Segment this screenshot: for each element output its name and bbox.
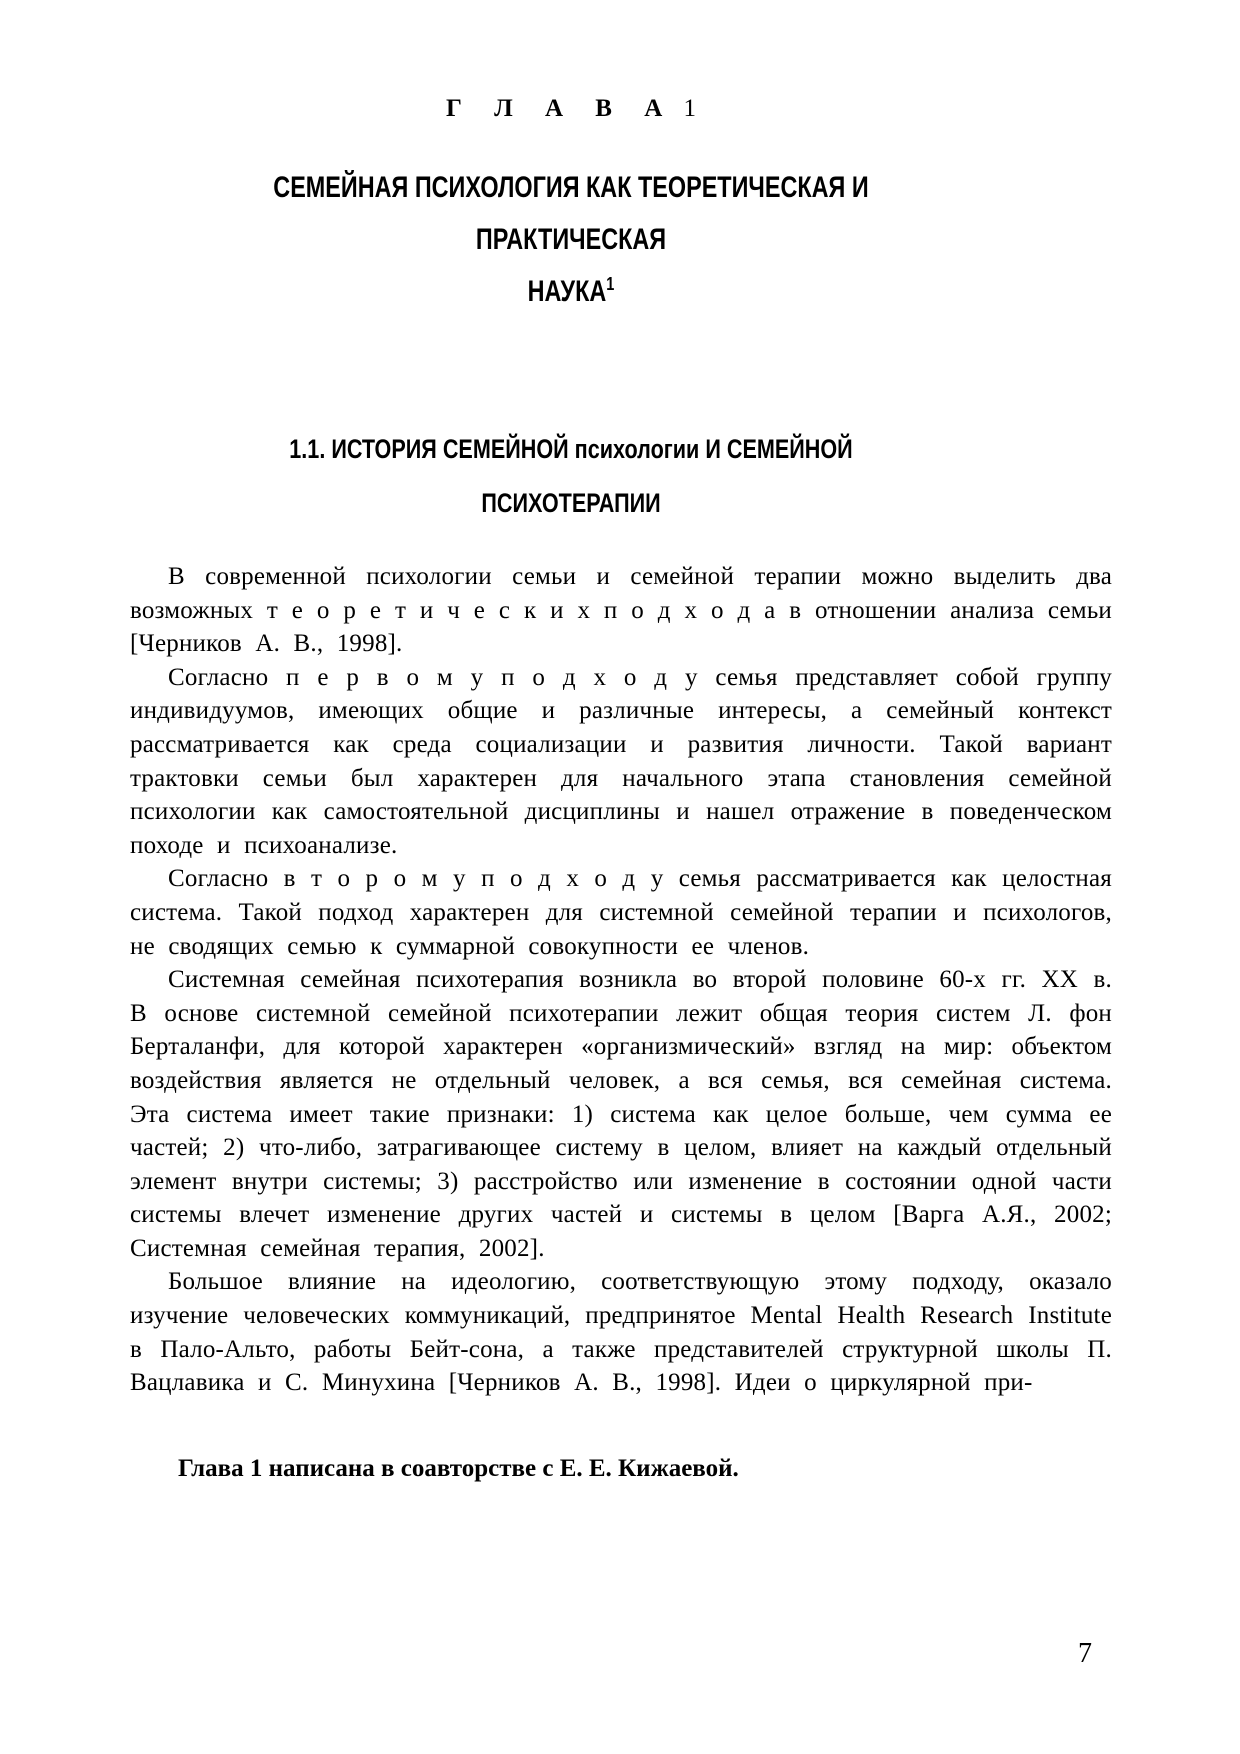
paragraph: Согласно в т о р о м у п о д х о д у сем… xyxy=(130,862,1112,963)
chapter-label: Г Л А В А xyxy=(446,95,675,122)
paragraph: Системная семейная психотерапия возникла… xyxy=(130,963,1112,1265)
body-text: В современной психологии семьи и семейно… xyxy=(130,560,1112,1400)
paragraph: Согласно п е р в о м у п о д х о д у сем… xyxy=(130,661,1112,863)
title-footnote-marker: 1 xyxy=(606,273,614,294)
chapter-heading: Г Л А В А 1 xyxy=(130,92,1012,126)
page-number: 7 xyxy=(1078,1638,1092,1670)
page-title: СЕМЕЙНАЯ ПСИХОЛОГИЯ КАК ТЕОРЕТИЧЕСКАЯ И … xyxy=(227,162,915,318)
section-heading-line2: ПСИХОТЕРАПИИ xyxy=(481,488,660,518)
section-heading-line1: 1.1. ИСТОРИЯ СЕМЕЙНОЙ психологии И СЕМЕЙ… xyxy=(289,434,852,464)
document-page: Г Л А В А 1 СЕМЕЙНАЯ ПСИХОЛОГИЯ КАК ТЕОР… xyxy=(0,0,1240,1754)
section-heading: 1.1. ИСТОРИЯ СЕМЕЙНОЙ психологии И СЕМЕЙ… xyxy=(218,422,924,530)
chapter-number: 1 xyxy=(684,95,697,122)
page-title-line1: СЕМЕЙНАЯ ПСИХОЛОГИЯ КАК ТЕОРЕТИЧЕСКАЯ И … xyxy=(273,171,868,256)
chapter-footnote: Глава 1 написана в соавторстве с Е. Е. К… xyxy=(130,1452,1112,1486)
page-title-line2: НАУКА xyxy=(528,275,607,308)
paragraph: Большое влияние на идеологию, соответств… xyxy=(130,1265,1112,1399)
paragraph: В современной психологии семьи и семейно… xyxy=(130,560,1112,661)
